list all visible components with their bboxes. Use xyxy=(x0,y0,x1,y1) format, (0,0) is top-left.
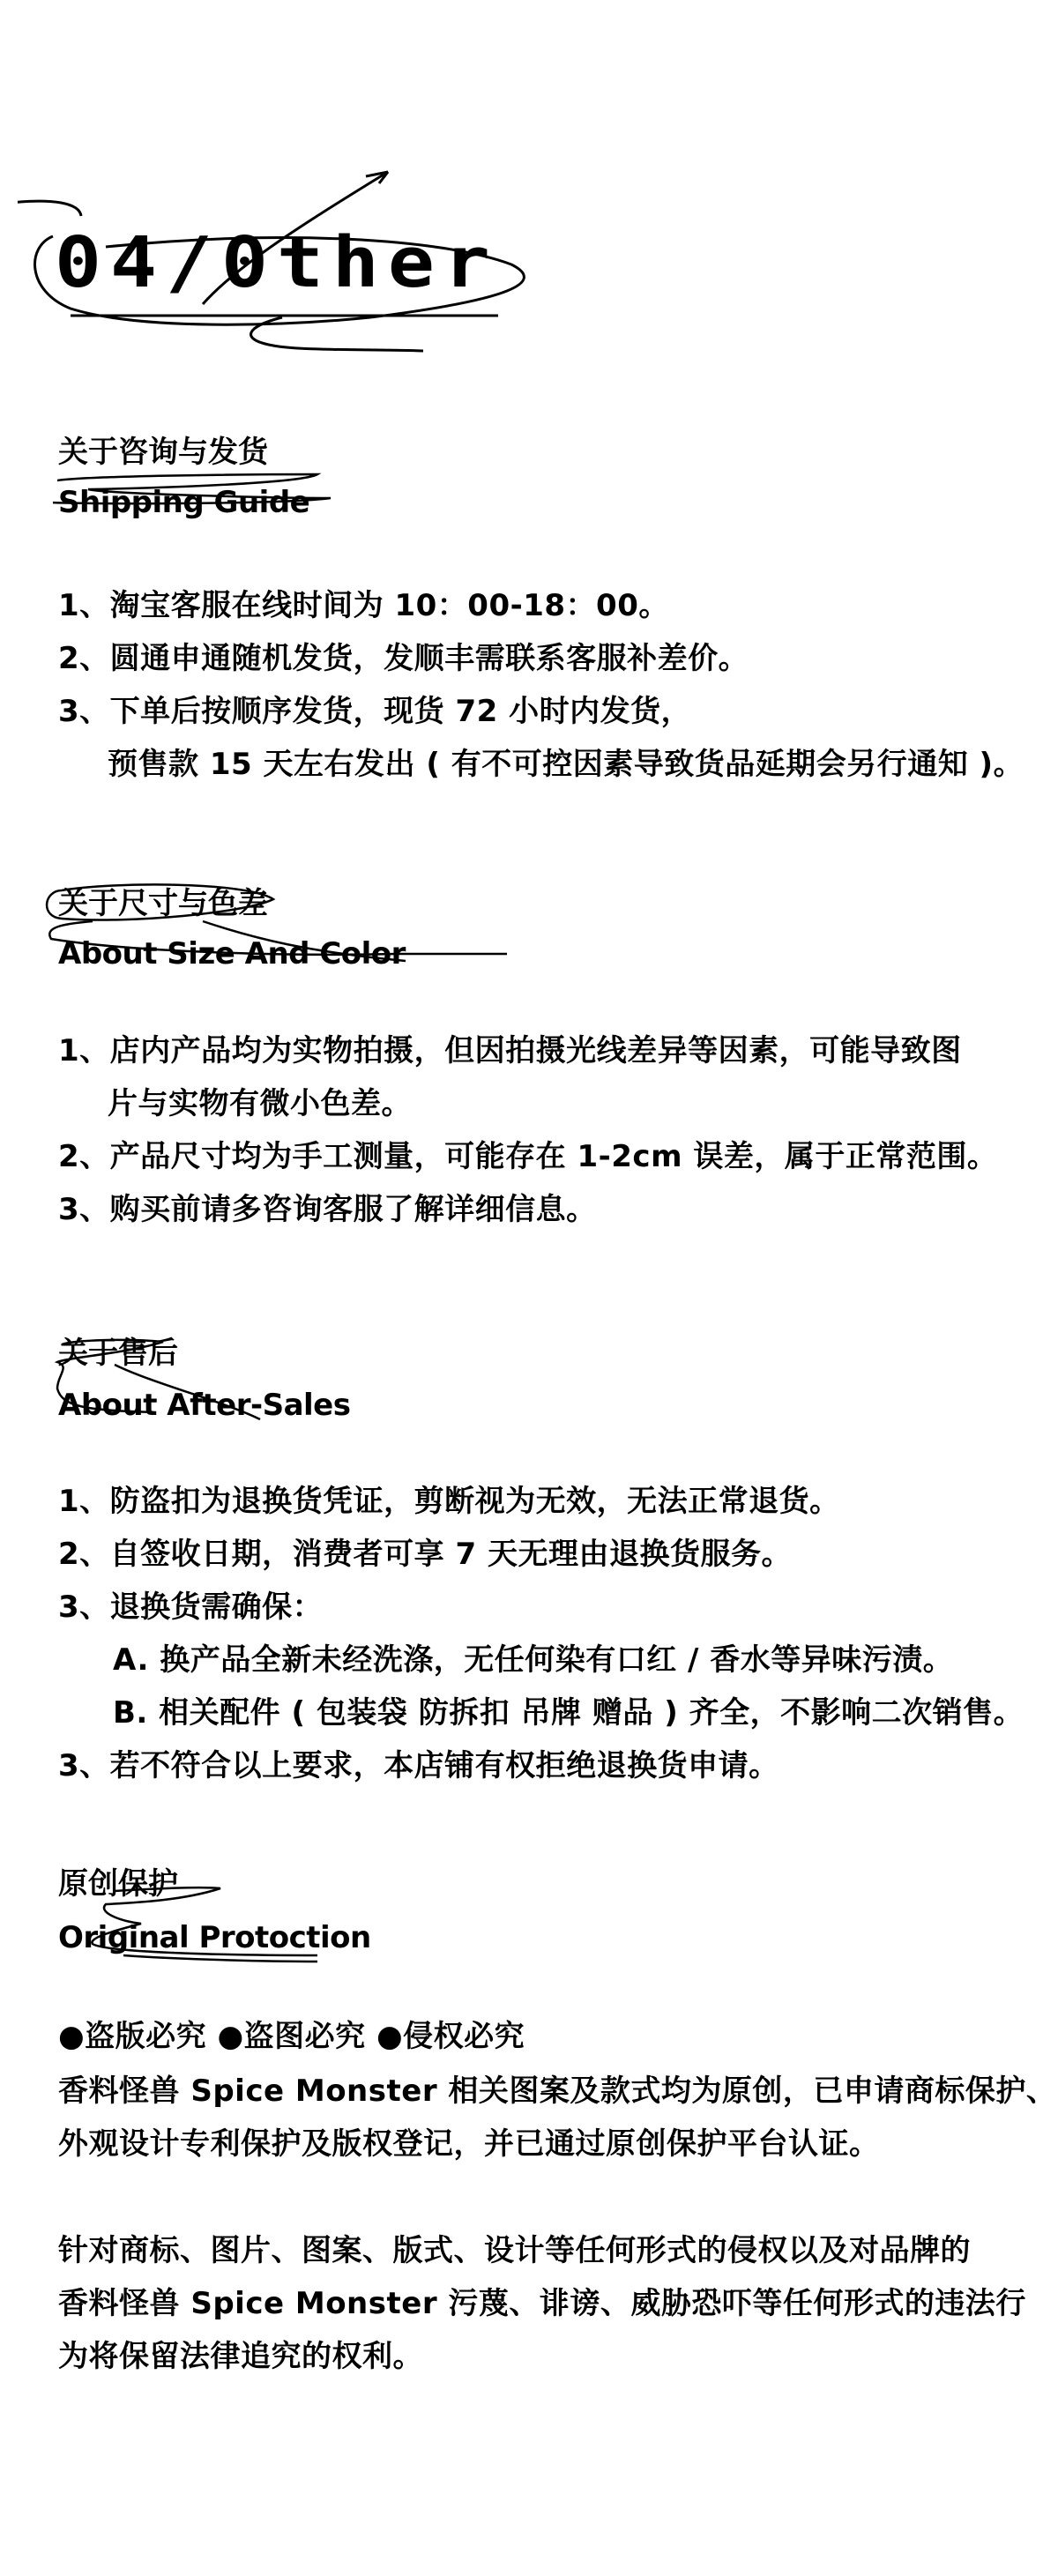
title-char: 0 xyxy=(221,235,270,292)
list-item: 2、产品尺寸均为手工测量，可能存在 1-2cm 误差，属于正常范围。 xyxy=(58,1139,997,1174)
list-item: 2、自签收日期，消费者可享 7 天无理由退换货服务。 xyxy=(58,1537,792,1572)
list-item: 3、下单后按顺序发货，现货 72 小时内发货， xyxy=(58,694,691,729)
list-item: 片与实物有微小色差。 xyxy=(108,1086,412,1121)
section-title-en: About Size And Color xyxy=(58,936,406,972)
protection-badges: ●盗版必究 ●盗图必究 ●侵权必究 xyxy=(58,2019,525,2054)
list-item: 预售款 15 天左右发出 ( 有不可控因素导致货品延期会另行通知 )。 xyxy=(108,747,1024,782)
section-title-en: About After-Sales xyxy=(58,1388,350,1423)
paragraph-line: 香料怪兽 Spice Monster 相关图案及款式均为原创，已申请商标保护、 xyxy=(58,2073,1056,2109)
section-title-en: Original Protoction xyxy=(58,1920,371,1955)
list-item: 2、圆通申通随机发货，发顺丰需联系客服补差价。 xyxy=(58,641,749,676)
list-item: 1、防盗扣为退换货凭证，剪断视为无效，无法正常退货。 xyxy=(58,1484,840,1519)
list-item: A. 换产品全新未经洗涤，无任何染有口红 / 香水等异味污渍。 xyxy=(113,1642,953,1678)
section-title-cn: 关于咨询与发货 xyxy=(58,435,268,470)
paragraph-line: 外观设计专利保护及版权登记，并已通过原创保护平台认证。 xyxy=(58,2126,880,2162)
policy-page: 0 4 / 0 t h e r 关于咨询与发货 Shipping Guide 1… xyxy=(0,0,1058,2576)
list-item: 3、若不符合以上要求，本店铺有权拒绝退换货申请。 xyxy=(58,1748,779,1783)
list-item: 1、店内产品均为实物拍摄，但因拍摄光线差异等因素，可能导致图 xyxy=(58,1033,962,1068)
title-text: 0 4 / 0 t h e r xyxy=(55,231,492,294)
title-char: r xyxy=(443,235,492,292)
section-title-cn: 原创保护 xyxy=(58,1866,178,1902)
title-char: 4 xyxy=(110,235,159,292)
section-title-cn: 关于售后 xyxy=(58,1336,178,1371)
paragraph-line: 为将保留法律追究的权利。 xyxy=(58,2339,423,2374)
title-char: 0 xyxy=(55,235,103,292)
page-title: 0 4 / 0 t h e r xyxy=(18,150,987,361)
title-char: t xyxy=(277,235,325,292)
list-item: B. 相关配件 ( 包装袋 防拆扣 吊牌 赠品 ) 齐全，不影响二次销售。 xyxy=(113,1695,1024,1731)
paragraph-line: 香料怪兽 Spice Monster 污蔑、诽谤、威胁恐吓等任何形式的违法行 xyxy=(58,2286,1026,2321)
title-char: / xyxy=(166,235,214,292)
paragraph-line: 针对商标、图片、图案、版式、设计等任何形式的侵权以及对品牌的 xyxy=(58,2233,971,2268)
title-char: e xyxy=(388,235,436,292)
list-item: 3、购买前请多咨询客服了解详细信息。 xyxy=(58,1192,597,1227)
section-title-en: Shipping Guide xyxy=(58,485,309,520)
list-item: 1、淘宝客服在线时间为 10：00-18：00。 xyxy=(58,588,669,623)
title-char: h xyxy=(332,235,381,292)
list-item: 3、退换货需确保： xyxy=(58,1590,323,1625)
section-title-cn: 关于尺寸与色差 xyxy=(58,886,268,921)
